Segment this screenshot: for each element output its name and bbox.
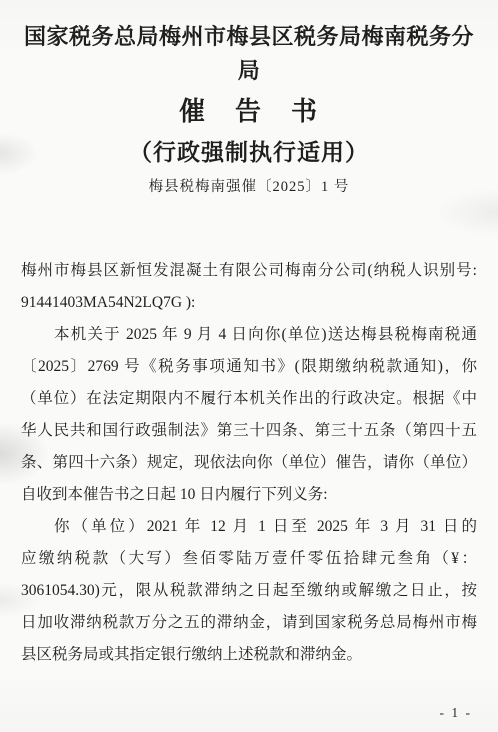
document-title: 催 告 书 (21, 95, 477, 129)
body-line-paragraph2-4: 华人民共和国行政强制法》第三十四条、第三十五条（第四十五 (21, 415, 477, 447)
document-subtitle: （行政强制执行适用） (21, 135, 477, 171)
body-line-paragraph3-5: 县区税务局或其指定银行缴纳上述税款和滞纳金。 (21, 639, 477, 671)
document-body: 梅州市梅县区新恒发混凝土有限公司梅南分公司(纳税人识别号: 91441403MA… (21, 255, 477, 671)
body-line-paragraph3-3: 3061054.30)元，限从税款滞纳之日起至缴纳或解缴之日止，按 (21, 575, 477, 607)
body-line-paragraph2-3: （单位）在法定期限内不履行本机关作出的行政决定。根据《中 (21, 383, 477, 415)
page-number: - 1 - (440, 705, 473, 721)
body-line-paragraph2-1: 本机关于 2025 年 9 月 4 日向你(单位)送达梅县税梅南税通 (21, 319, 477, 351)
body-line-paragraph2-6: 自收到本催告书之日起 10 日内履行下列义务: (21, 479, 477, 511)
document-number: 梅县税梅南强催〔2025〕1 号 (21, 176, 477, 198)
agency-name-line2: 局 (21, 54, 477, 88)
body-line-paragraph3-4: 日加收滞纳税款万分之五的滞纳金，请到国家税务总局梅州市梅 (21, 607, 477, 639)
scanned-document-page: 国家税务总局梅州市梅县区税务局梅南税务分 局 催 告 书 （行政强制执行适用） … (0, 0, 498, 732)
body-line-recipient: 梅州市梅县区新恒发混凝土有限公司梅南分公司(纳税人识别号: (21, 255, 477, 287)
body-line-paragraph3-1: 你（单位）2021 年 12 月 1 日至 2025 年 3 月 31 日的 (21, 511, 477, 543)
body-line-taxpayer-id: 91441403MA54N2LQ7G ): (21, 287, 477, 319)
agency-name: 国家税务总局梅州市梅县区税务局梅南税务分 局 (21, 20, 477, 88)
body-line-paragraph3-2: 应缴纳税款（大写）叁佰零陆万壹仟零伍拾肆元叁角（¥： (21, 543, 477, 575)
body-line-paragraph2-5: 条、第四十六条）规定，现依法向你（单位）催告，请你（单位） (21, 447, 477, 479)
agency-name-line1: 国家税务总局梅州市梅县区税务局梅南税务分 (21, 20, 477, 54)
body-line-paragraph2-2: 〔2025〕2769 号《税务事项通知书》(限期缴纳税款通知)，你 (21, 351, 477, 383)
